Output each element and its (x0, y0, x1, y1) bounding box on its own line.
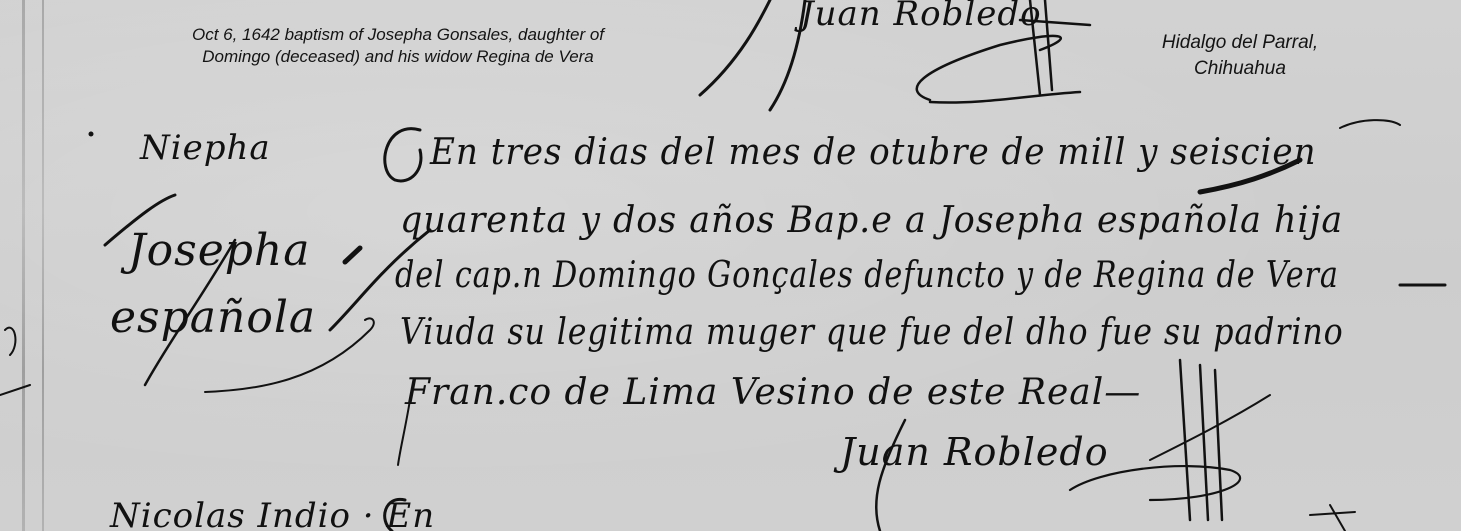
manuscript-line: quarenta y dos años Bap.e a Josepha espa… (400, 200, 1343, 241)
manuscript-line: En tres dias del mes de otubre de mill y… (430, 132, 1317, 173)
signature-top: Juan Robledo (800, 0, 1042, 34)
margin-name: Josepha (128, 225, 310, 276)
manuscript-line: Fran.co de Lima Vesino de este Real— (405, 372, 1141, 413)
document-page: Oct 6, 1642 baptism of Josepha Gonsales,… (0, 0, 1461, 531)
manuscript-line: del cap.n Domingo Gonçales defuncto y de… (395, 255, 1339, 296)
margin-descriptor: española (110, 292, 316, 343)
signature-bottom: Juan Robledo (840, 430, 1109, 474)
margin-note: Niepha (140, 128, 271, 168)
next-entry-fragment: Nicolas Indio · En (110, 496, 435, 531)
manuscript-line: Viuda su legitima muger que fue del dho … (400, 312, 1344, 353)
